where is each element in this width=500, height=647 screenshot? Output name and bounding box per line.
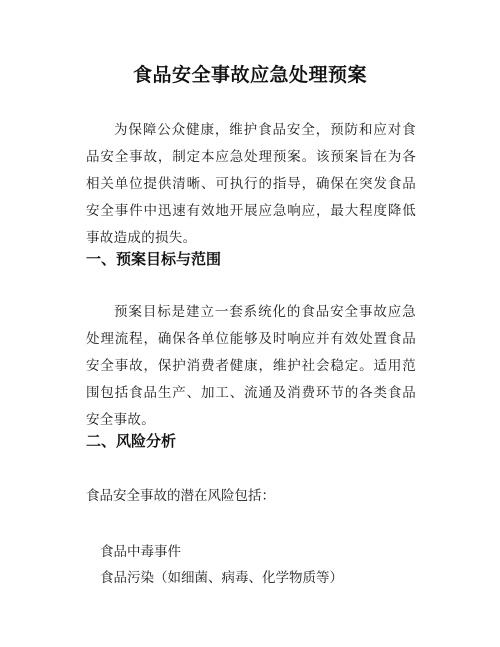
intro-paragraph: 为保障公众健康，维护食品安全，预防和应对食品安全事故，制定本应急处理预案。该预案… — [86, 117, 416, 252]
risk-list-item: 食品污染（如细菌、病毒、化学物质等） — [100, 566, 343, 586]
risk-list-item: 食品中毒事件 — [100, 540, 181, 560]
risk-lead-text: 食品安全事故的潜在风险包括： — [86, 484, 275, 504]
goals-paragraph: 预案目标是建立一套系统化的食品安全事故应急处理流程，确保各单位能够及时响应并有效… — [86, 299, 416, 434]
document-title: 食品安全事故应急处理预案 — [0, 60, 500, 87]
section-heading-risk: 二、风险分析 — [86, 430, 176, 451]
section-heading-goals: 一、预案目标与范围 — [86, 248, 221, 269]
